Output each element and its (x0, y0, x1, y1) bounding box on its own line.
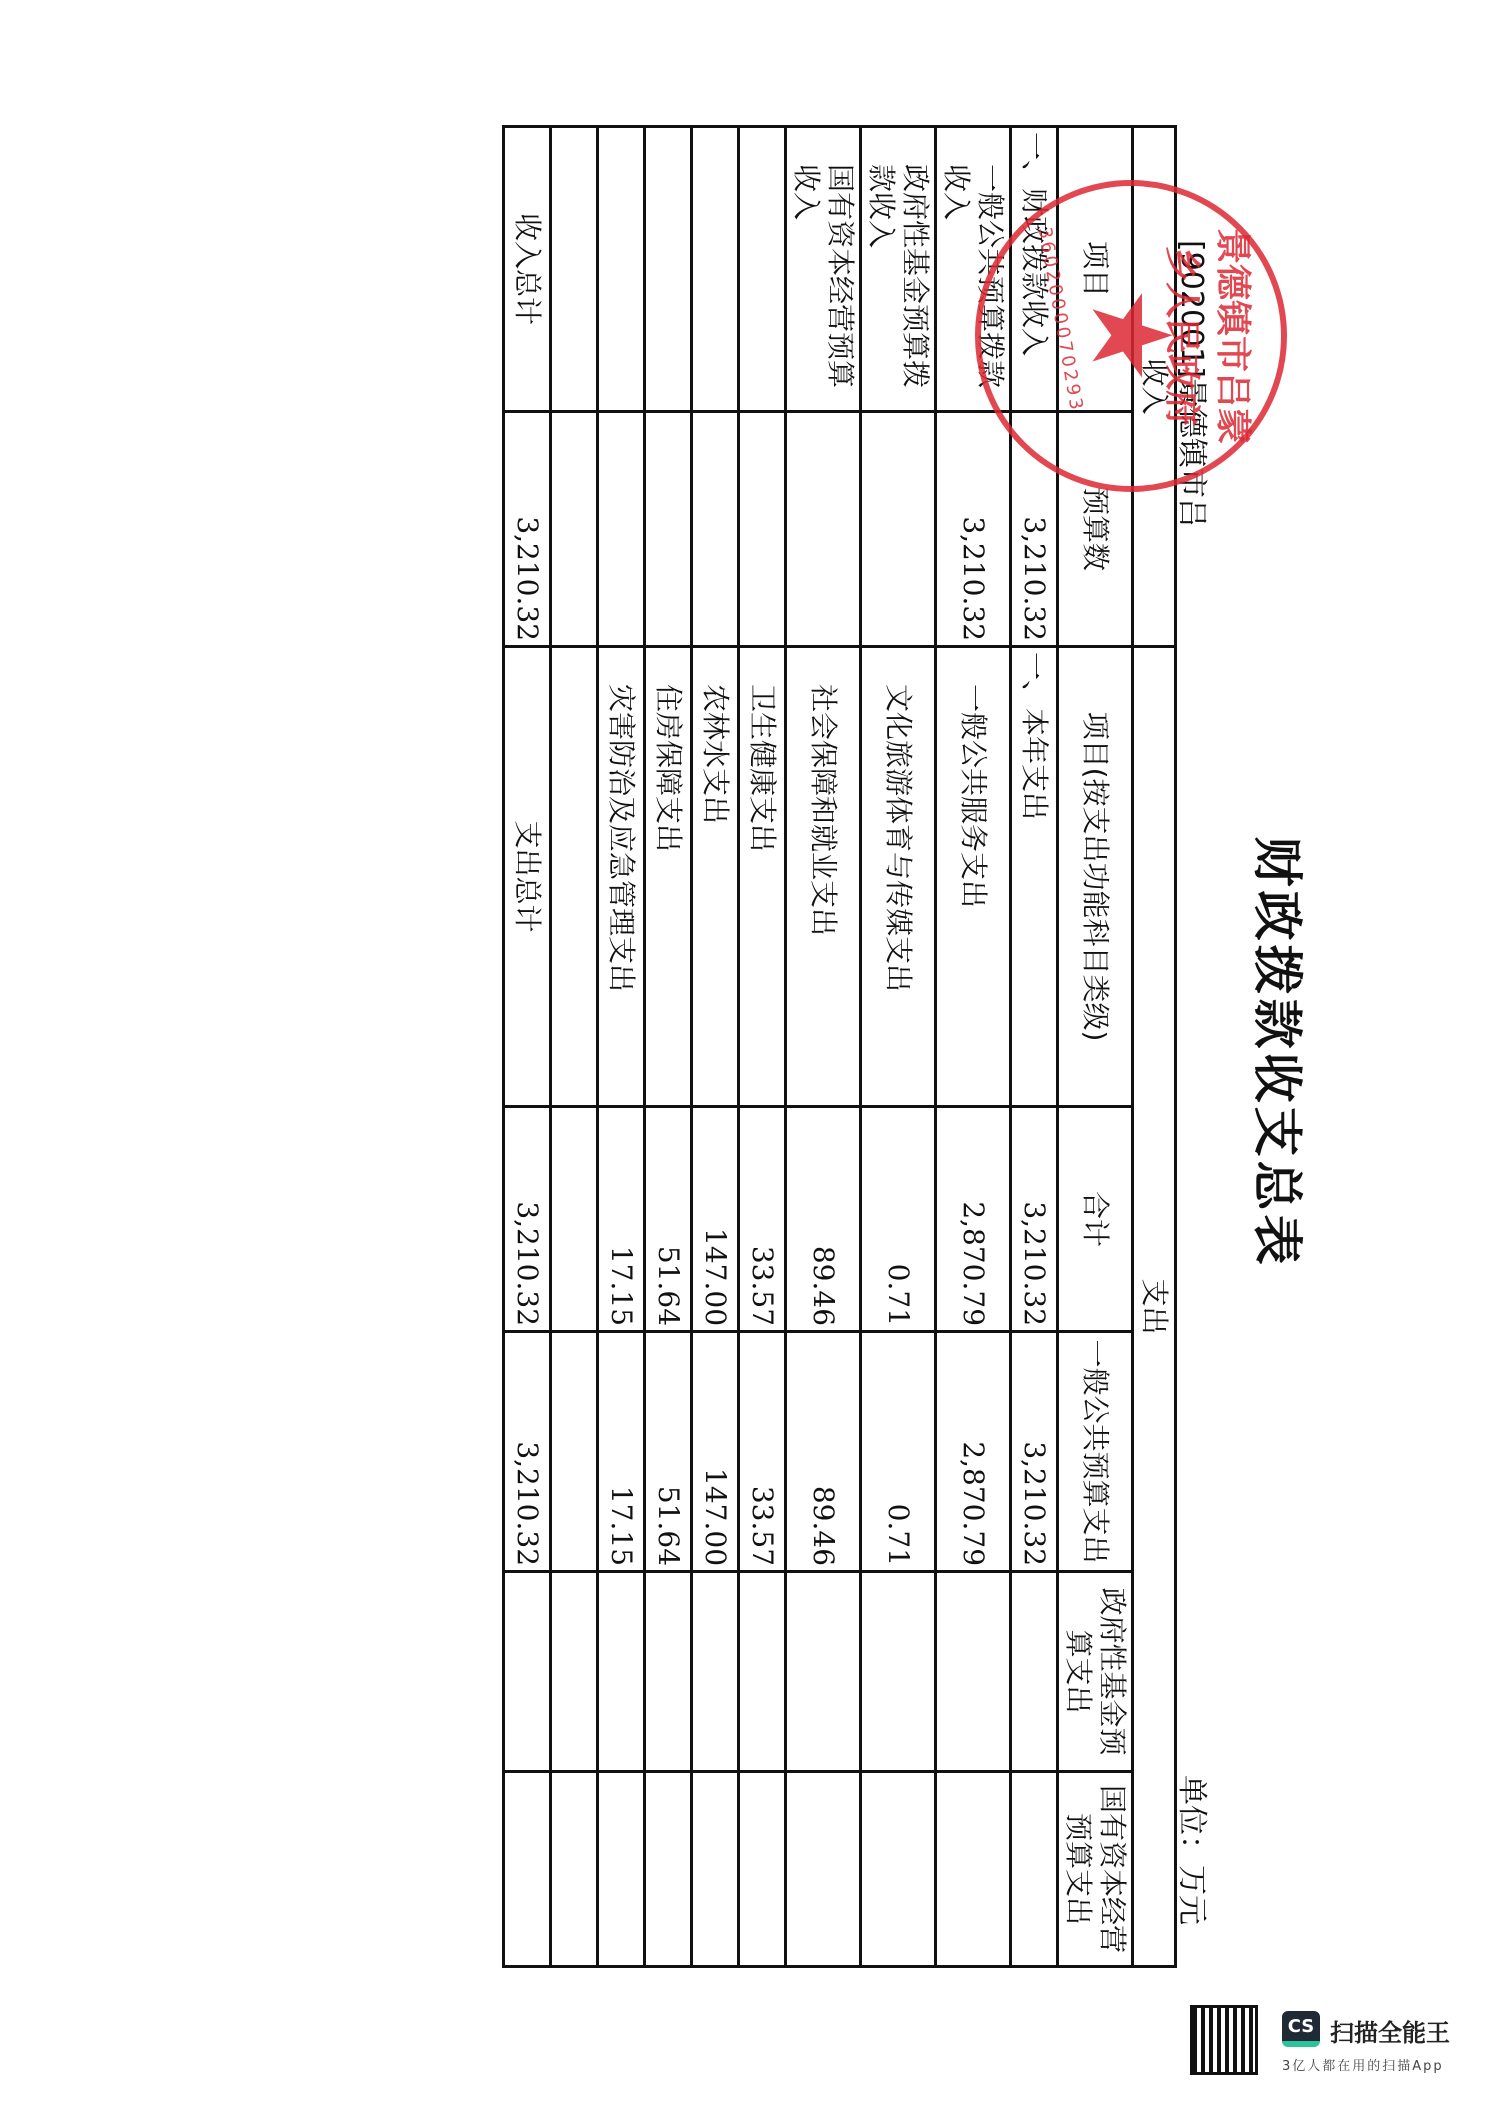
general-public-cell: 89.46 (786, 1332, 861, 1572)
gov-fund-cell (692, 1572, 739, 1772)
state-capital-cell (551, 1772, 598, 1967)
table-row: 住房保障支出51.6451.64 (645, 127, 692, 1967)
table-row: 国有资本经营预算收入社会保障和就业支出89.4689.46 (786, 127, 861, 1967)
general-public-cell (551, 1332, 598, 1572)
income-item-cell: 一般公共预算拨款收入 (936, 127, 1011, 412)
state-capital-cell (598, 1772, 645, 1967)
expense-item-cell: 住房保障支出 (645, 647, 692, 1107)
scanner-watermark: CS 扫描全能王 3亿人都在用的扫描App (1190, 2005, 1480, 2085)
gov-fund-cell (786, 1572, 861, 1772)
income-item-cell (551, 127, 598, 412)
table-row: 农林水支出147.00147.00 (692, 127, 739, 1967)
income-item-cell (645, 127, 692, 412)
table-row: 灾害防治及应急管理支出17.1517.15 (598, 127, 645, 1967)
total-cell: 3,210.32 (1011, 1107, 1058, 1332)
expense-total-value: 3,210.32 (504, 1107, 551, 1332)
table-row (551, 127, 598, 1967)
income-total-value: 3,210.32 (504, 412, 551, 647)
general-public-cell: 2,870.79 (936, 1332, 1011, 1572)
page-title: 财政拨款收支总表 (1245, 0, 1317, 2105)
expense-item-cell: 文化旅游体育与传媒支出 (861, 647, 936, 1107)
income-section-header: 收入 (1133, 127, 1176, 647)
gov-fund-cell (739, 1572, 786, 1772)
col-header-state-capital: 国有资本经营预算支出 (1058, 1772, 1133, 1967)
income-budget-cell: 3,210.32 (1011, 412, 1058, 647)
income-item-cell (739, 127, 786, 412)
expense-section-header: 支出 (1133, 647, 1176, 1967)
total-cell: 2,870.79 (936, 1107, 1011, 1332)
total-cell: 147.00 (692, 1107, 739, 1332)
total-cell: 51.64 (645, 1107, 692, 1332)
header-row-columns: 项目 预算数 项目(按支出功能科目类级) 合计 一般公共预算支出 政府性基金预算… (1058, 127, 1133, 1967)
general-public-cell: 17.15 (598, 1332, 645, 1572)
budget-summary-table: 收入 支出 项目 预算数 项目(按支出功能科目类级) 合计 一般公共预算支出 政… (502, 125, 1177, 1968)
total-cell (551, 1107, 598, 1332)
income-budget-cell (598, 412, 645, 647)
general-public-cell: 51.64 (645, 1332, 692, 1572)
expense-item-cell: 卫生健康支出 (739, 647, 786, 1107)
gov-fund-cell (598, 1572, 645, 1772)
state-capital-cell (1011, 1772, 1058, 1967)
col-header-total: 合计 (1058, 1107, 1133, 1332)
state-capital-cell (739, 1772, 786, 1967)
general-public-cell: 147.00 (692, 1332, 739, 1572)
app-slogan: 3亿人都在用的扫描App (1282, 2055, 1444, 2074)
table-row: 政府性基金预算拨款收入文化旅游体育与传媒支出0.710.71 (861, 127, 936, 1967)
unit-code: [902001]景德镇市吕 (1173, 240, 1217, 528)
totals-row: 收入总计 3,210.32 支出总计 3,210.32 3,210.32 (504, 127, 551, 1967)
income-budget-cell (739, 412, 786, 647)
income-budget-cell (551, 412, 598, 647)
gov-fund-cell (936, 1572, 1011, 1772)
expense-item-cell: 一、本年支出 (1011, 647, 1058, 1107)
col-header-general-public: 一般公共预算支出 (1058, 1332, 1133, 1572)
general-public-cell: 33.57 (739, 1332, 786, 1572)
gov-fund-total-value (504, 1572, 551, 1772)
camscanner-logo-icon: CS (1282, 2011, 1320, 2047)
app-name: 扫描全能王 (1330, 2013, 1450, 2048)
gov-fund-cell (1011, 1572, 1058, 1772)
general-public-total-value: 3,210.32 (504, 1332, 551, 1572)
income-budget-cell (692, 412, 739, 647)
expense-item-cell: 灾害防治及应急管理支出 (598, 647, 645, 1107)
income-item-cell: 一、财政拨款收入 (1011, 127, 1058, 412)
table-row: 一般公共预算拨款收入3,210.32一般公共服务支出2,870.792,870.… (936, 127, 1011, 1967)
income-budget-cell (645, 412, 692, 647)
table-row: 卫生健康支出33.5733.57 (739, 127, 786, 1967)
document-page: 财政拨款收支总表 [902001]景德镇市吕 单位：万元 收入 支出 项目 预算… (0, 0, 1487, 2105)
income-budget-cell: 3,210.32 (936, 412, 1011, 647)
general-public-cell: 0.71 (861, 1332, 936, 1572)
col-header-gov-fund: 政府性基金预算支出 (1058, 1572, 1133, 1772)
unit-label: 单位：万元 (1173, 1775, 1217, 1925)
expense-total-label: 支出总计 (504, 647, 551, 1107)
total-cell: 17.15 (598, 1107, 645, 1332)
col-header-expense-item: 项目(按支出功能科目类级) (1058, 647, 1133, 1107)
expense-item-cell: 社会保障和就业支出 (786, 647, 861, 1107)
table-body: 一、财政拨款收入3,210.32一、本年支出3,210.323,210.32一般… (551, 127, 1058, 1967)
expense-item-cell: 一般公共服务支出 (936, 647, 1011, 1107)
income-budget-cell (786, 412, 861, 647)
gov-fund-cell (861, 1572, 936, 1772)
gov-fund-cell (645, 1572, 692, 1772)
gov-fund-cell (551, 1572, 598, 1772)
expense-item-cell: 农林水支出 (692, 647, 739, 1107)
state-capital-cell (645, 1772, 692, 1967)
col-header-budget: 预算数 (1058, 412, 1133, 647)
state-capital-cell (786, 1772, 861, 1967)
state-capital-cell (692, 1772, 739, 1967)
total-cell: 89.46 (786, 1107, 861, 1332)
income-total-label: 收入总计 (504, 127, 551, 412)
state-capital-cell (936, 1772, 1011, 1967)
header-row-sections: 收入 支出 (1133, 127, 1176, 1967)
general-public-cell: 3,210.32 (1011, 1332, 1058, 1572)
expense-item-cell (551, 647, 598, 1107)
qr-code-icon (1190, 2005, 1258, 2075)
income-item-cell: 国有资本经营预算收入 (786, 127, 861, 412)
total-cell: 33.57 (739, 1107, 786, 1332)
income-item-cell (692, 127, 739, 412)
income-item-cell: 政府性基金预算拨款收入 (861, 127, 936, 412)
state-capital-cell (861, 1772, 936, 1967)
table-row: 一、财政拨款收入3,210.32一、本年支出3,210.323,210.32 (1011, 127, 1058, 1967)
total-cell: 0.71 (861, 1107, 936, 1332)
income-item-cell (598, 127, 645, 412)
income-budget-cell (861, 412, 936, 647)
state-capital-total-value (504, 1772, 551, 1967)
col-header-item: 项目 (1058, 127, 1133, 412)
